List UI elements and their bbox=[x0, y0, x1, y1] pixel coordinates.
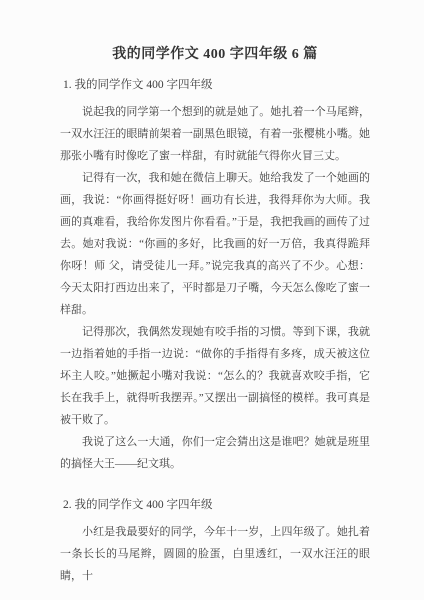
section-1: 1. 我的同学作文 400 字四年级 说起我的同学第一个想到的就是她了。她扎着一… bbox=[60, 74, 370, 475]
paragraph: 我说了这么一大通，你们一定会猜出这是谁吧？她就是班里的搞怪大王——纪文琪。 bbox=[60, 431, 370, 475]
section-2: 2. 我的同学作文 400 字四年级 小红是我最要好的同学，今年十一岁，上四年级… bbox=[60, 494, 370, 587]
paragraph: 小红是我最要好的同学，今年十一岁，上四年级了。她扎着一条长长的马尾辫，圆圆的脸蛋… bbox=[60, 521, 370, 587]
paragraph: 说起我的同学第一个想到的就是她了。她扎着一个马尾辫，一双水汪汪的眼睛前架着一副黑… bbox=[60, 101, 370, 167]
section-1-heading: 1. 我的同学作文 400 字四年级 bbox=[60, 74, 370, 96]
document-page: 我的同学作文 400 字四年级 6 篇 1. 我的同学作文 400 字四年级 说… bbox=[0, 0, 424, 600]
paragraph: 记得有一次，我和她在微信上聊天。她给我发了一个她画的画，我说：“你画得挺好呀！画… bbox=[60, 167, 370, 321]
section-2-heading: 2. 我的同学作文 400 字四年级 bbox=[60, 494, 370, 516]
paragraph: 记得那次，我偶然发现她有咬手指的习惯。等到下课，我就一边指着她的手指一边说：“做… bbox=[60, 321, 370, 431]
document-title: 我的同学作文 400 字四年级 6 篇 bbox=[60, 44, 370, 66]
